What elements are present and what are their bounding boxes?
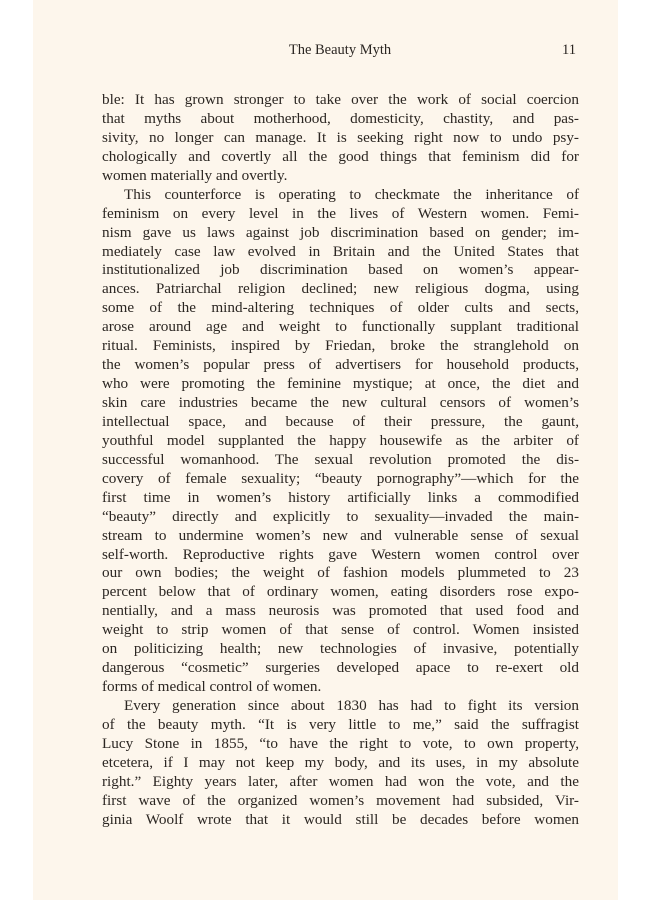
paragraph: Every generation since about 1830 has ha… — [102, 697, 579, 830]
text-line: first time in women’s history artificial… — [102, 489, 579, 508]
running-title: The Beauty Myth — [102, 42, 578, 59]
text-line: covery of female sexuality; “beauty porn… — [102, 470, 579, 489]
text-line: that myths about motherhood, domesticity… — [102, 110, 579, 129]
text-line: self-worth. Reproductive rights gave Wes… — [102, 546, 579, 565]
text-line: Lucy Stone in 1855, “to have the right t… — [102, 735, 579, 754]
text-line: ances. Patriarchal religion declined; ne… — [102, 280, 579, 299]
text-line: Every generation since about 1830 has ha… — [102, 697, 579, 716]
text-line: of the beauty myth. “It is very little t… — [102, 716, 579, 735]
body-text: ble: It has grown stronger to take over … — [102, 91, 579, 830]
text-line: etcetera, if I may not keep my body, and… — [102, 754, 579, 773]
text-line: dangerous “cosmetic” surgeries developed… — [102, 659, 579, 678]
text-line: some of the mind-altering techniques of … — [102, 299, 579, 318]
page-number: 11 — [562, 42, 576, 59]
text-line: ritual. Feminists, inspired by Friedan, … — [102, 337, 579, 356]
text-line: institutionalized job discrimination bas… — [102, 261, 579, 280]
text-line: successful womanhood. The sexual revolut… — [102, 451, 579, 470]
text-line: first wave of the organized women’s move… — [102, 792, 579, 811]
text-line: percent below that of ordinary women, ea… — [102, 583, 579, 602]
text-line: right.” Eighty years later, after women … — [102, 773, 579, 792]
text-line: who were promoting the feminine mystique… — [102, 375, 579, 394]
text-line: “beauty” directly and explicitly to sexu… — [102, 508, 579, 527]
text-line: the women’s popular press of advertisers… — [102, 356, 579, 375]
paragraph: ble: It has grown stronger to take over … — [102, 91, 579, 186]
text-line: stream to undermine women’s new and vuln… — [102, 527, 579, 546]
text-line: skin care industries became the new cult… — [102, 394, 579, 413]
book-page: The Beauty Myth 11 ble: It has grown str… — [33, 0, 618, 900]
text-line: mediately case law evolved in Britain an… — [102, 243, 579, 262]
text-line: on politicizing health; new technologies… — [102, 640, 579, 659]
text-line: arose around age and weight to functiona… — [102, 318, 579, 337]
text-line: intellectual space, and because of their… — [102, 413, 579, 432]
text-line: feminism on every level in the lives of … — [102, 205, 579, 224]
text-line: women materially and overtly. — [102, 167, 579, 186]
text-line: This counterforce is operating to checkm… — [102, 186, 579, 205]
text-line: chologically and covertly all the good t… — [102, 148, 579, 167]
paragraph: This counterforce is operating to checkm… — [102, 186, 579, 697]
text-line: ginia Woolf wrote that it would still be… — [102, 811, 579, 830]
text-line: forms of medical control of women. — [102, 678, 579, 697]
text-line: nism gave us laws against job discrimina… — [102, 224, 579, 243]
text-line: ble: It has grown stronger to take over … — [102, 91, 579, 110]
running-head: The Beauty Myth 11 — [102, 42, 578, 62]
text-line: sivity, no longer can manage. It is seek… — [102, 129, 579, 148]
text-line: youthful model supplanted the happy hous… — [102, 432, 579, 451]
text-line: nentially, and a mass neurosis was promo… — [102, 602, 579, 621]
text-line: weight to strip women of that sense of c… — [102, 621, 579, 640]
text-line: our own bodies; the weight of fashion mo… — [102, 564, 579, 583]
